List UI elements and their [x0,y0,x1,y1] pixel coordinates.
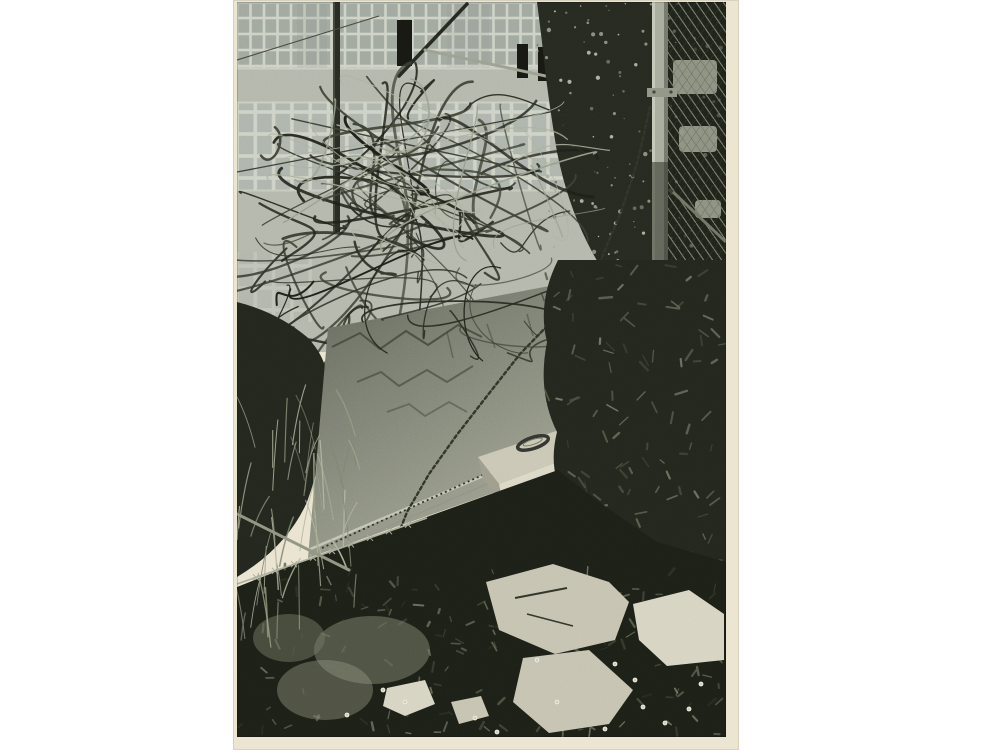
photo-print [233,0,739,750]
page-background [0,0,1000,750]
photograph [237,2,726,737]
